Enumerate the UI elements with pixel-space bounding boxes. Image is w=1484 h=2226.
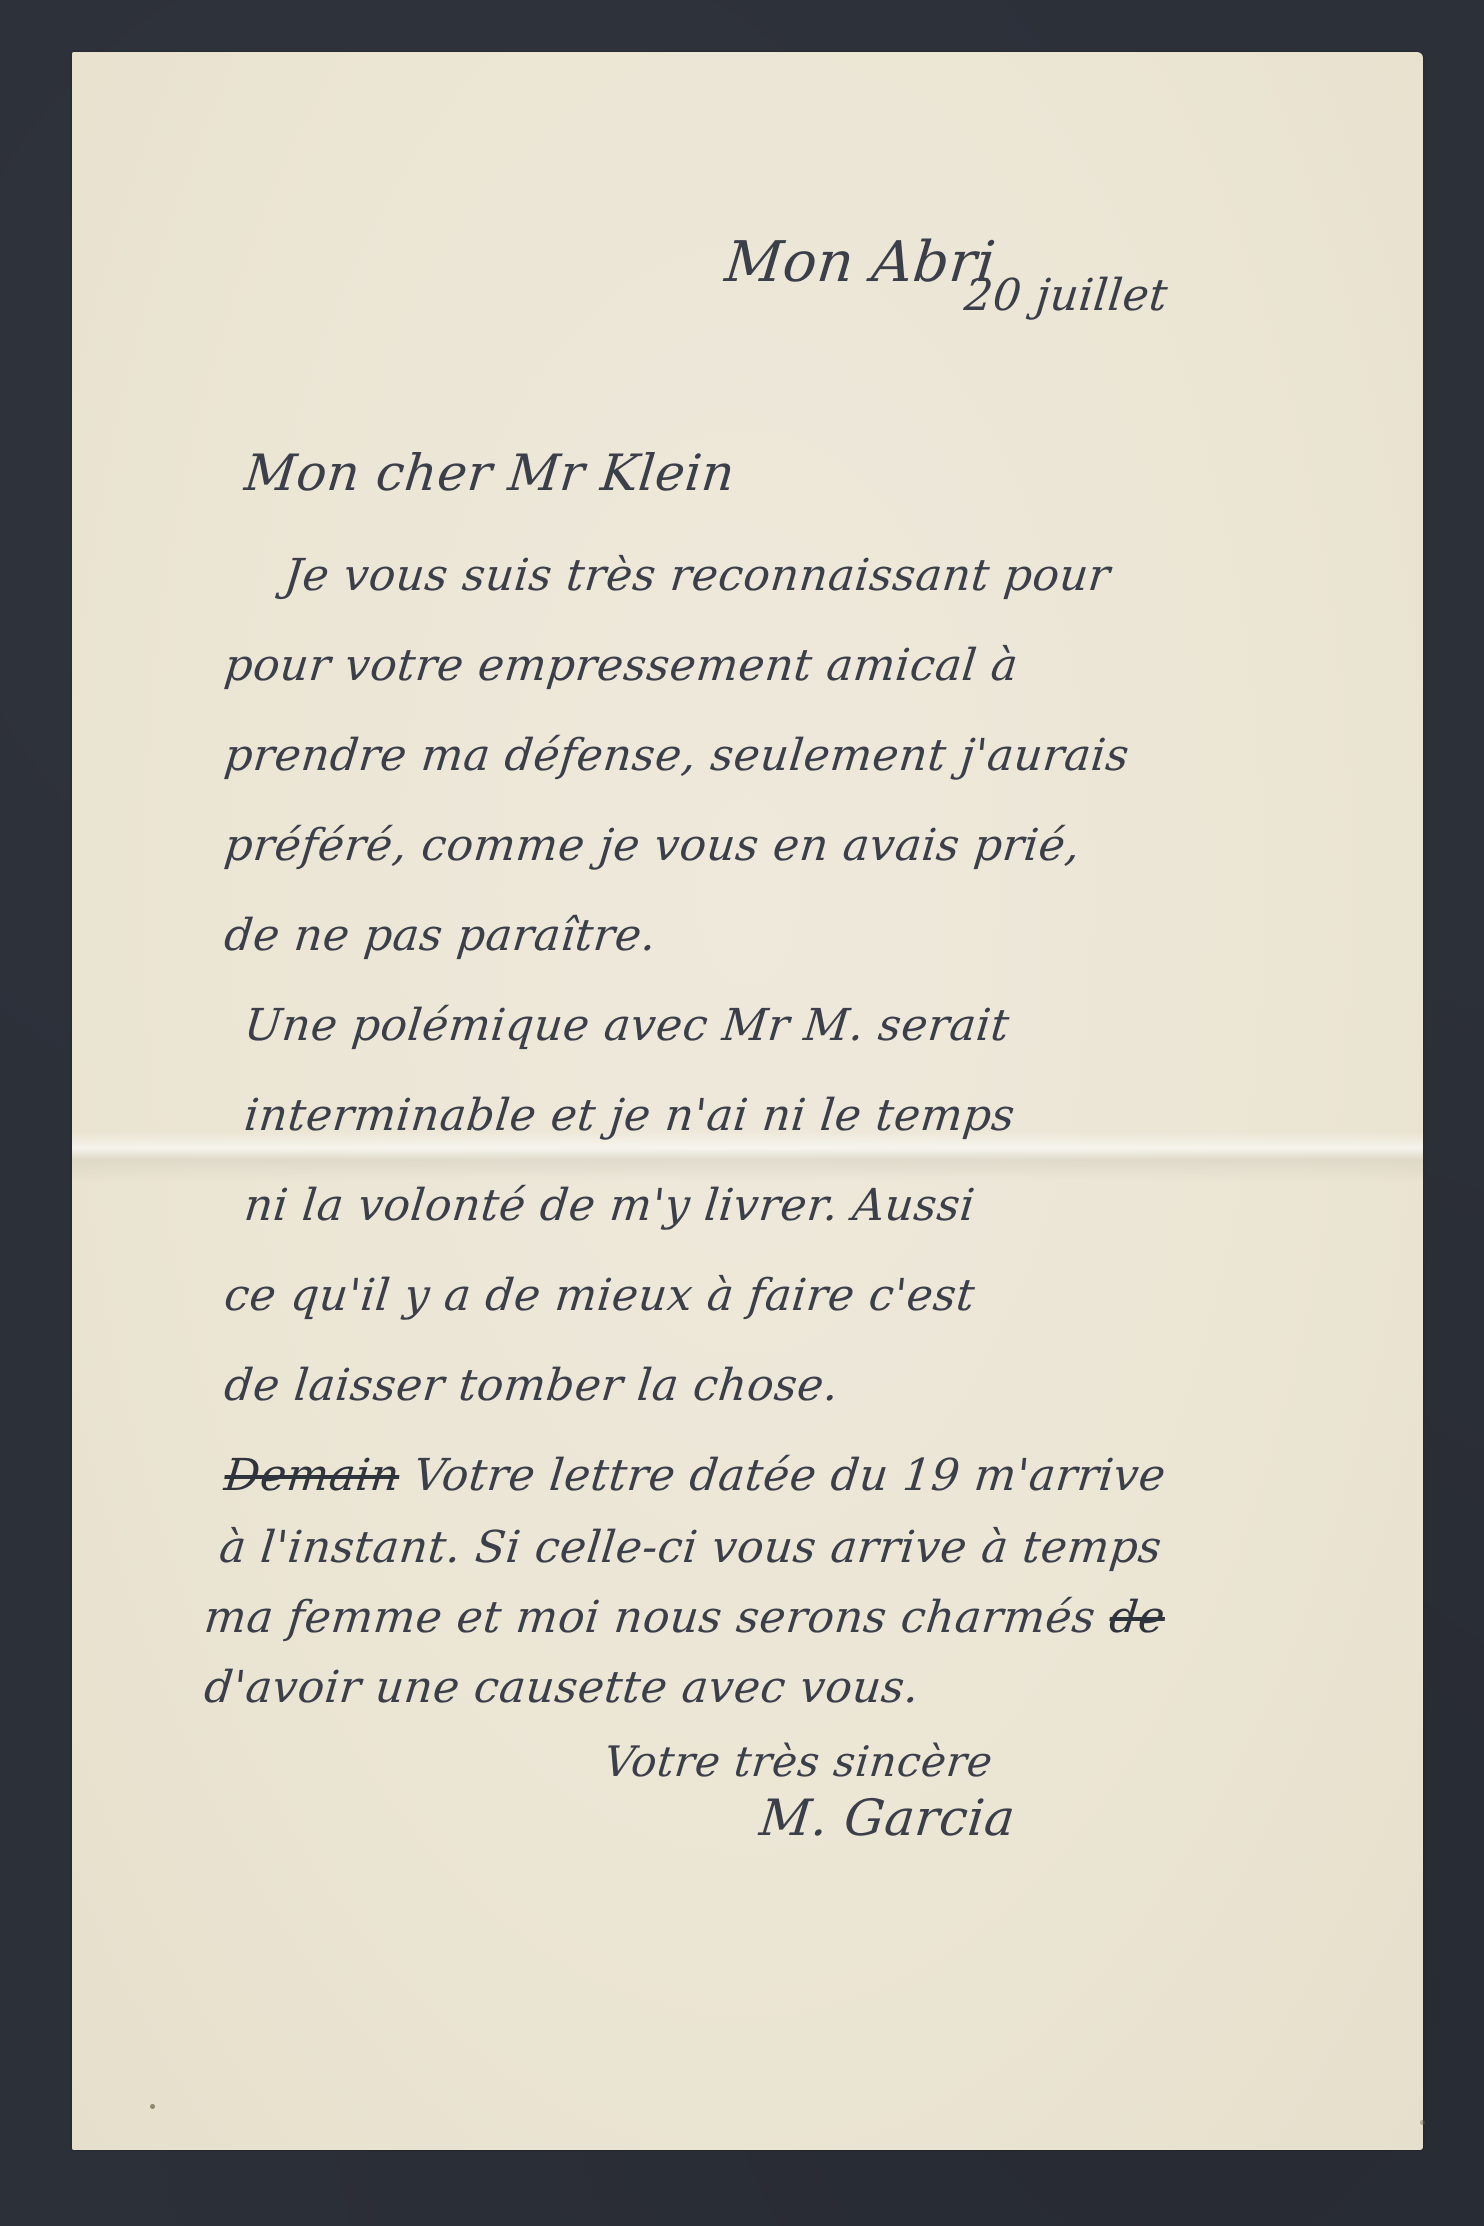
struck-word: Demain (222, 1450, 402, 1501)
body-line: ni la volonté de m'y livrer. Aussi (242, 1180, 977, 1231)
body-line: de ne pas paraître. (222, 910, 659, 961)
letter-place: Mon Abri (722, 230, 999, 295)
letter-salutation: Mon cher Mr Klein (242, 444, 738, 502)
body-line: d'avoir une causette avec vous. (202, 1662, 922, 1713)
body-line: ce qu'il y a de mieux à faire c'est (222, 1270, 977, 1321)
foxing-spot (150, 2104, 155, 2109)
struck-word: de (1107, 1592, 1168, 1643)
body-text: Votre lettre datée du 19 m'arrive (411, 1450, 1168, 1501)
body-line: Je vous suis très reconnaissant pour (282, 550, 1113, 601)
body-line: Demain Votre lettre datée du 19 m'arrive (222, 1450, 1168, 1501)
body-text: ma femme et moi nous serons charmés (202, 1592, 1098, 1643)
body-line: prendre ma défense, seulement j'aurais (222, 730, 1132, 781)
letter-date: 20 juillet (962, 270, 1170, 321)
body-line: à l'instant. Si celle-ci vous arrive à t… (217, 1522, 1164, 1573)
body-line: interminable et je n'ai ni le temps (242, 1090, 1017, 1141)
body-line: préféré, comme je vous en avais prié, (222, 820, 1083, 871)
letter-closing: Votre très sincère (602, 1737, 995, 1786)
letter-paper: Mon Abri 20 juillet Mon cher Mr Klein Je… (72, 52, 1423, 2150)
body-line: ma femme et moi nous serons charmés de (202, 1592, 1168, 1643)
letter-signature: M. Garcia (757, 1789, 1018, 1847)
body-line: de laisser tomber la chose. (222, 1360, 841, 1411)
body-line: pour votre empressement amical à (222, 640, 1021, 691)
body-line: Une polémique avec Mr M. serait (242, 1000, 1012, 1051)
foxing-spot (1420, 2120, 1425, 2125)
